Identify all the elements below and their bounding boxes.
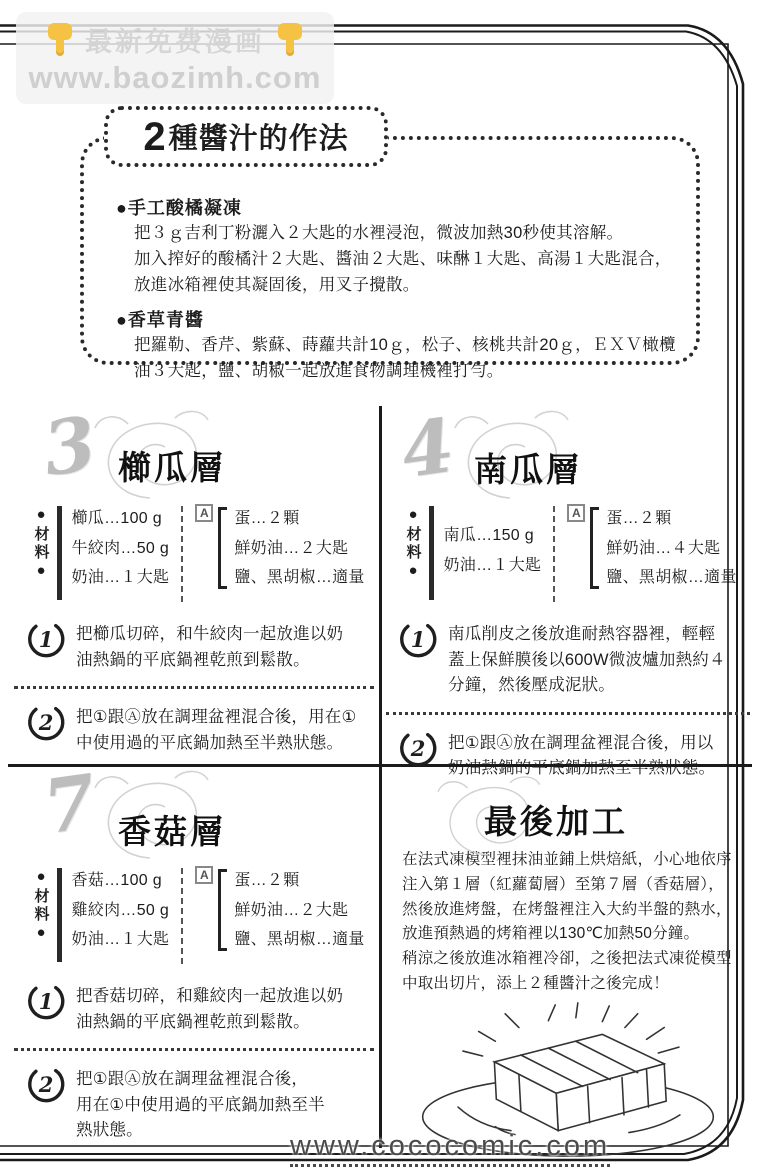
group-a-block: A 蛋…２顆 鮮奶油…４大匙 鹽、黑胡椒…適量 [567,504,736,593]
materials-divider [553,506,555,602]
ingredient-item: 蛋…２顆 [234,866,364,896]
sauce-recipes-box: ●手工酸橘凝凍 把３ｇ吉利丁粉灑入２大匙的水裡浸泡，微波加熱30秒使其溶解。 加… [80,136,700,365]
group-a-label: A [195,866,213,884]
step-text: 把櫛瓜切碎，和牛絞肉一起放進以奶 油熱鍋的平底鍋裡乾煎到鬆散。 [76,622,343,673]
recipe-name: 手工酸橘凝凍 [128,198,242,218]
section-pumpkin-layer: 4 南瓜層 ●材料● 南瓜…150 g 奶油…１大匙 A 蛋…２顆 鮮奶油…４大… [382,408,754,762]
ingredient-item: 奶油…１大匙 [72,925,170,955]
sauce-title-text: 種醬汁的作法 [169,116,349,157]
ingredient-item: 櫛瓜…100 g [72,504,170,534]
section-title: 最後加工 [484,796,628,843]
sauce-recipe-herb-pesto: ●香草青醬 把羅勒、香芹、紫蘇、蒔蘿共計10ｇ，松子、核桃共計20ｇ，ＥＸＶ橄欖… [116,306,676,384]
materials-divider [181,868,183,964]
ingredient-bracket [218,507,227,589]
step-separator [14,686,374,689]
step-text: 把香菇切碎，和雞絞肉一起放進以奶 油熱鍋的平底鍋裡乾煎到鬆散。 [76,984,343,1035]
ingredient-item: 鮮奶油…２大匙 [234,534,364,564]
svg-text:2: 2 [410,736,426,761]
step-text: 把①跟Ⓐ放在調理盆裡混合後，用在① 中使用過的平底鍋加熱至半熟狀態。 [76,705,356,756]
materials-block: ●材料● 南瓜…150 g 奶油…１大匙 A 蛋…２顆 鮮奶油…４大匙 鹽、黑胡… [404,504,754,606]
group-a-block: A 蛋…２顆 鮮奶油…２大匙 鹽、黑胡椒…適量 [195,504,364,593]
step-number-icon: 2 [26,703,66,743]
step-number-icon: 2 [398,729,438,769]
svg-text:2: 2 [38,710,54,735]
ingredient-bracket [590,507,599,589]
section-title: 香菇層 [118,806,226,853]
section-finishing: 最後加工 在法式凍模型裡抹油並鋪上烘焙紙，小心地依序 注入第１層（紅蘿蔔層）至第… [382,770,754,1144]
step-text: 南瓜削皮之後放進耐熱容器裡，輕輕 蓋上保鮮膜後以600W微波爐加熱約４ 分鐘，然… [448,622,726,699]
step-1: 1 南瓜削皮之後放進耐熱容器裡，輕輕 蓋上保鮮膜後以600W微波爐加熱約４ 分鐘… [398,620,748,699]
step-1: 1 把香菇切碎，和雞絞肉一起放進以奶 油熱鍋的平底鍋裡乾煎到鬆散。 [26,982,372,1035]
ingredient-list: 香菇…100 g 雞絞肉…50 g 奶油…１大匙 [72,866,170,955]
section-number: 7 [39,765,100,845]
bottom-watermark-site-url[interactable]: www.cococomic.com [290,1130,610,1167]
ingredient-item: 鮮奶油…４大匙 [606,534,736,564]
step-text: 把①跟Ⓐ放在調理盆裡混合後， 用在①中使用過的平底鍋加熱至半 熟狀態。 [76,1067,325,1144]
ingredient-item: 鮮奶油…２大匙 [234,896,364,926]
group-ingredient-list: 蛋…２顆 鮮奶油…４大匙 鹽、黑胡椒…適量 [606,504,736,593]
materials-bar [57,868,62,962]
svg-text:1: 1 [39,989,54,1014]
finishing-instructions: 在法式凍模型裡抹油並鋪上烘焙紙，小心地依序 注入第１層（紅蘿蔔層）至第７層（香菇… [402,848,744,997]
group-a-label: A [567,504,585,522]
ingredient-item: 奶油…１大匙 [444,551,542,581]
section-title: 南瓜層 [474,444,582,491]
materials-label: ●材料● [32,506,49,606]
step-separator [14,1048,374,1051]
section-title: 櫛瓜層 [118,442,226,489]
watermark-slogan: 最新免费漫画 [85,20,265,59]
svg-text:1: 1 [39,627,54,652]
ingredient-item: 鹽、黑胡椒…適量 [234,925,364,955]
manga-recipe-page: 最新免费漫画 www.baozimh.com 2 種醬汁的作法 ●手工酸橘凝凍 … [0,0,774,1175]
ingredient-item: 南瓜…150 g [444,521,542,551]
sauce-recipe-citrus-jelly: ●手工酸橘凝凍 把３ｇ吉利丁粉灑入２大匙的水裡浸泡，微波加熱30秒使其溶解。 加… [116,194,676,298]
materials-label: ●材料● [404,506,421,606]
pointing-down-hand-icon [47,22,73,58]
materials-bar [429,506,434,600]
section-number: 4 [397,409,458,489]
sauce-title-number: 2 [143,117,165,157]
step-separator [386,712,750,715]
ingredient-item: 奶油…１大匙 [72,563,170,593]
group-ingredient-list: 蛋…２顆 鮮奶油…２大匙 鹽、黑胡椒…適量 [234,866,364,955]
watermark-site-url[interactable]: www.baozimh.com [29,60,322,96]
recipe-instructions: 把羅勒、香芹、紫蘇、蒔蘿共計10ｇ，松子、核桃共計20ｇ，ＥＸＶ橄欖 油３大匙，… [134,332,676,384]
group-ingredient-list: 蛋…２顆 鮮奶油…２大匙 鹽、黑胡椒…適量 [234,504,364,593]
ingredient-item: 蛋…２顆 [606,504,736,534]
materials-bar [57,506,62,600]
top-watermark-banner[interactable]: 最新免费漫画 www.baozimh.com [16,12,334,104]
bullet-icon: ● [116,310,128,330]
step-number-icon: 1 [26,620,66,660]
ingredient-bracket [218,869,227,951]
ingredient-item: 鹽、黑胡椒…適量 [234,563,364,593]
svg-text:1: 1 [411,627,426,652]
step-number-icon: 1 [26,982,66,1022]
svg-text:2: 2 [38,1072,54,1097]
section-mushroom-layer: 7 香菇層 ●材料● 香菇…100 g 雞絞肉…50 g 奶油…１大匙 A 蛋…… [10,770,378,1144]
materials-label: ●材料● [32,868,49,968]
ingredient-item: 雞絞肉…50 g [72,896,170,926]
recipe-name: 香草青醬 [128,310,204,330]
ingredient-item: 鹽、黑胡椒…適量 [606,563,736,593]
section-number: 3 [39,407,100,487]
group-a-block: A 蛋…２顆 鮮奶油…２大匙 鹽、黑胡椒…適量 [195,866,364,955]
step-number-icon: 2 [26,1065,66,1105]
ingredient-list: 櫛瓜…100 g 牛絞肉…50 g 奶油…１大匙 [72,504,170,593]
materials-divider [181,506,183,602]
ingredient-list: 南瓜…150 g 奶油…１大匙 [444,504,542,598]
pointing-down-hand-icon [277,22,303,58]
ingredient-item: 香菇…100 g [72,866,170,896]
materials-block: ●材料● 櫛瓜…100 g 牛絞肉…50 g 奶油…１大匙 A 蛋…２顆 鮮奶油… [32,504,378,606]
step-number-icon: 1 [398,620,438,660]
group-a-label: A [195,504,213,522]
ingredient-item: 蛋…２顆 [234,504,364,534]
section-zucchini-layer: 3 櫛瓜層 ●材料● 櫛瓜…100 g 牛絞肉…50 g 奶油…１大匙 A 蛋…… [10,408,378,762]
recipe-instructions: 把３ｇ吉利丁粉灑入２大匙的水裡浸泡，微波加熱30秒使其溶解。 加入搾好的酸橘汁２… [134,220,676,298]
bullet-icon: ● [116,198,128,218]
ingredient-item: 牛絞肉…50 g [72,534,170,564]
step-2: 2 把①跟Ⓐ放在調理盆裡混合後，用在① 中使用過的平底鍋加熱至半熟狀態。 [26,703,372,756]
materials-block: ●材料● 香菇…100 g 雞絞肉…50 g 奶油…１大匙 A 蛋…２顆 鮮奶油… [32,866,378,968]
step-1: 1 把櫛瓜切碎，和牛絞肉一起放進以奶 油熱鍋的平底鍋裡乾煎到鬆散。 [26,620,372,673]
sauce-box-title: 2 種醬汁的作法 [104,106,388,167]
